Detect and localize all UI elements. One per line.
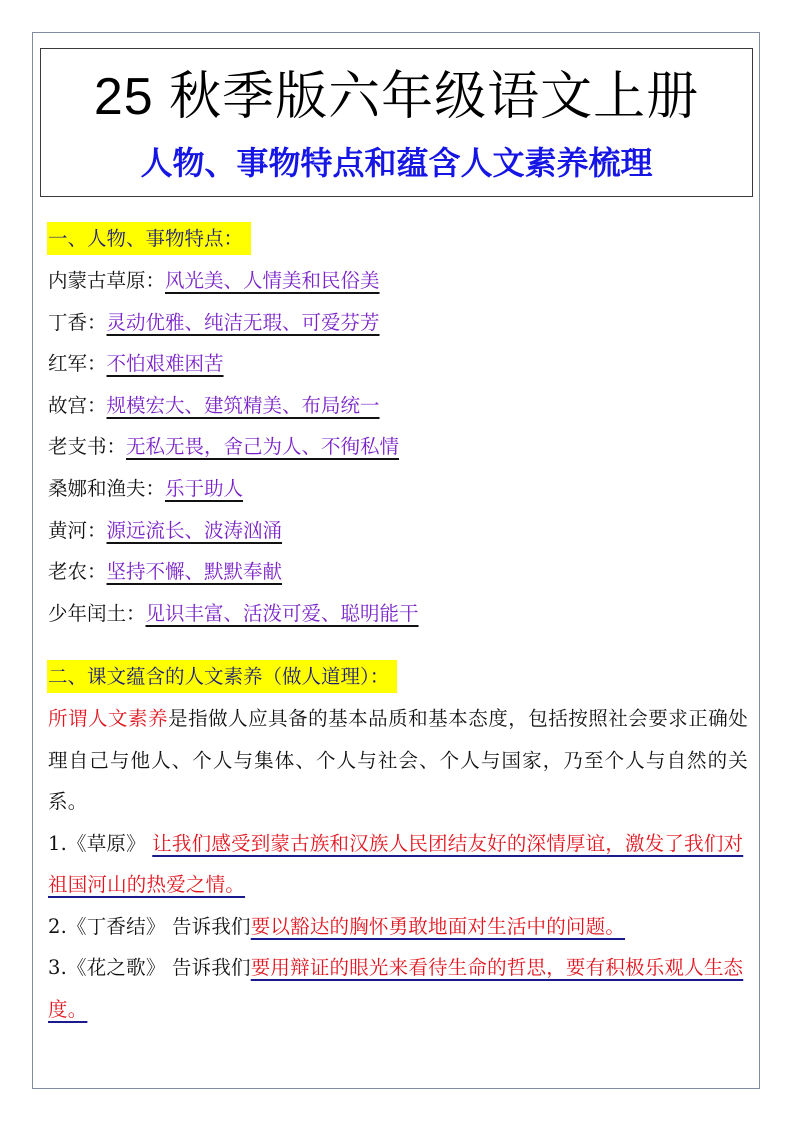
lesson-lesson: 让我们感受到蒙古族和汉族人民团结友好的深情厚谊，激发了我们对祖国河山的热爱之情。 [48,832,743,897]
list-item: 桑娜和渔夫：乐于助人 [48,468,748,510]
page-subtitle: 人物、事物特点和蕴含人文素养梳理 [41,141,752,185]
section-heading-characteristics: 一、人物、事物特点： [47,222,251,255]
intro-highlight: 所谓人文素养 [48,707,168,730]
list-item: 内蒙古草原：风光美、人情美和民俗美 [48,260,748,302]
list-item: 老农：坚持不懈、默默奉献 [48,551,748,593]
trait-value: 灵动优雅、纯洁无瑕、可爱芬芳 [107,311,380,334]
lesson-point: 2.《丁香结》 告诉我们要以豁达的胸怀勇敢地面对生活中的问题。 [48,906,748,948]
list-item: 故宫：规模宏大、建筑精美、布局统一 [48,385,748,427]
page-title: 25 秋季版六年级语文上册 [41,57,752,137]
point-connector: 告诉我们 [166,915,251,938]
lesson-point: 1.《草原》 让我们感受到蒙古族和汉族人民团结友好的深情厚谊，激发了我们对祖国河… [48,823,748,906]
point-connector: 告诉我们 [166,956,251,979]
trait-label: 桑娜和渔夫： [48,477,165,500]
trait-value: 见识丰富、活泼可爱、聪明能干 [146,602,419,625]
trait-label: 黄河： [48,519,107,542]
trait-label: 故宫： [48,394,107,417]
section-characteristics: 一、人物、事物特点： 内蒙古草原：风光美、人情美和民俗美 丁香：灵动优雅、纯洁无… [48,222,748,634]
lesson-title: 《草原》 [67,832,146,855]
list-item: 黄河：源远流长、波涛汹涌 [48,510,748,552]
trait-label: 少年闰土： [48,602,146,625]
list-item: 丁香：灵动优雅、纯洁无瑕、可爱芬芳 [48,302,748,344]
list-item: 少年闰土：见识丰富、活泼可爱、聪明能干 [48,593,748,635]
list-item: 老支书：无私无畏，舍己为人、不徇私情 [48,426,748,468]
point-number: 3. [48,956,67,979]
trait-label: 红军： [48,352,107,375]
lesson-point: 3.《花之歌》 告诉我们要用辩证的眼光来看待生命的哲思，要有积极乐观人生态度。 [48,947,748,1030]
lesson-lesson: 要以豁达的胸怀勇敢地面对生活中的问题。 [251,915,625,938]
trait-value: 源远流长、波涛汹涌 [107,519,283,542]
intro-paragraph: 所谓人文素养是指做人应具备的基本品质和基本态度，包括按照社会要求正确处理自己与他… [48,698,748,823]
section-humanistic-literacy: 二、课文蕴含的人文素养（做人道理）： 所谓人文素养是指做人应具备的基本品质和基本… [48,660,748,1030]
document-content: 一、人物、事物特点： 内蒙古草原：风光美、人情美和民俗美 丁香：灵动优雅、纯洁无… [48,222,748,634]
trait-value: 风光美、人情美和民俗美 [165,269,380,292]
trait-value: 乐于助人 [165,477,243,500]
list-item: 红军：不怕艰难困苦 [48,343,748,385]
trait-value: 不怕艰难困苦 [107,352,224,375]
lesson-title: 《花之歌》 [67,956,166,979]
point-number: 1. [48,832,67,855]
point-number: 2. [48,915,67,938]
trait-value: 规模宏大、建筑精美、布局统一 [107,394,380,417]
trait-label: 内蒙古草原： [48,269,165,292]
trait-label: 丁香： [48,311,107,334]
section-heading-humanistic-literacy: 二、课文蕴含的人文素养（做人道理）： [47,660,397,693]
trait-value: 坚持不懈、默默奉献 [107,560,283,583]
title-box: 25 秋季版六年级语文上册 人物、事物特点和蕴含人文素养梳理 [40,48,753,197]
trait-list: 内蒙古草原：风光美、人情美和民俗美 丁香：灵动优雅、纯洁无瑕、可爱芬芳 红军：不… [48,260,748,634]
trait-value: 无私无畏，舍己为人、不徇私情 [126,435,399,458]
trait-label: 老农： [48,560,107,583]
lesson-title: 《丁香结》 [67,915,166,938]
trait-label: 老支书： [48,435,126,458]
